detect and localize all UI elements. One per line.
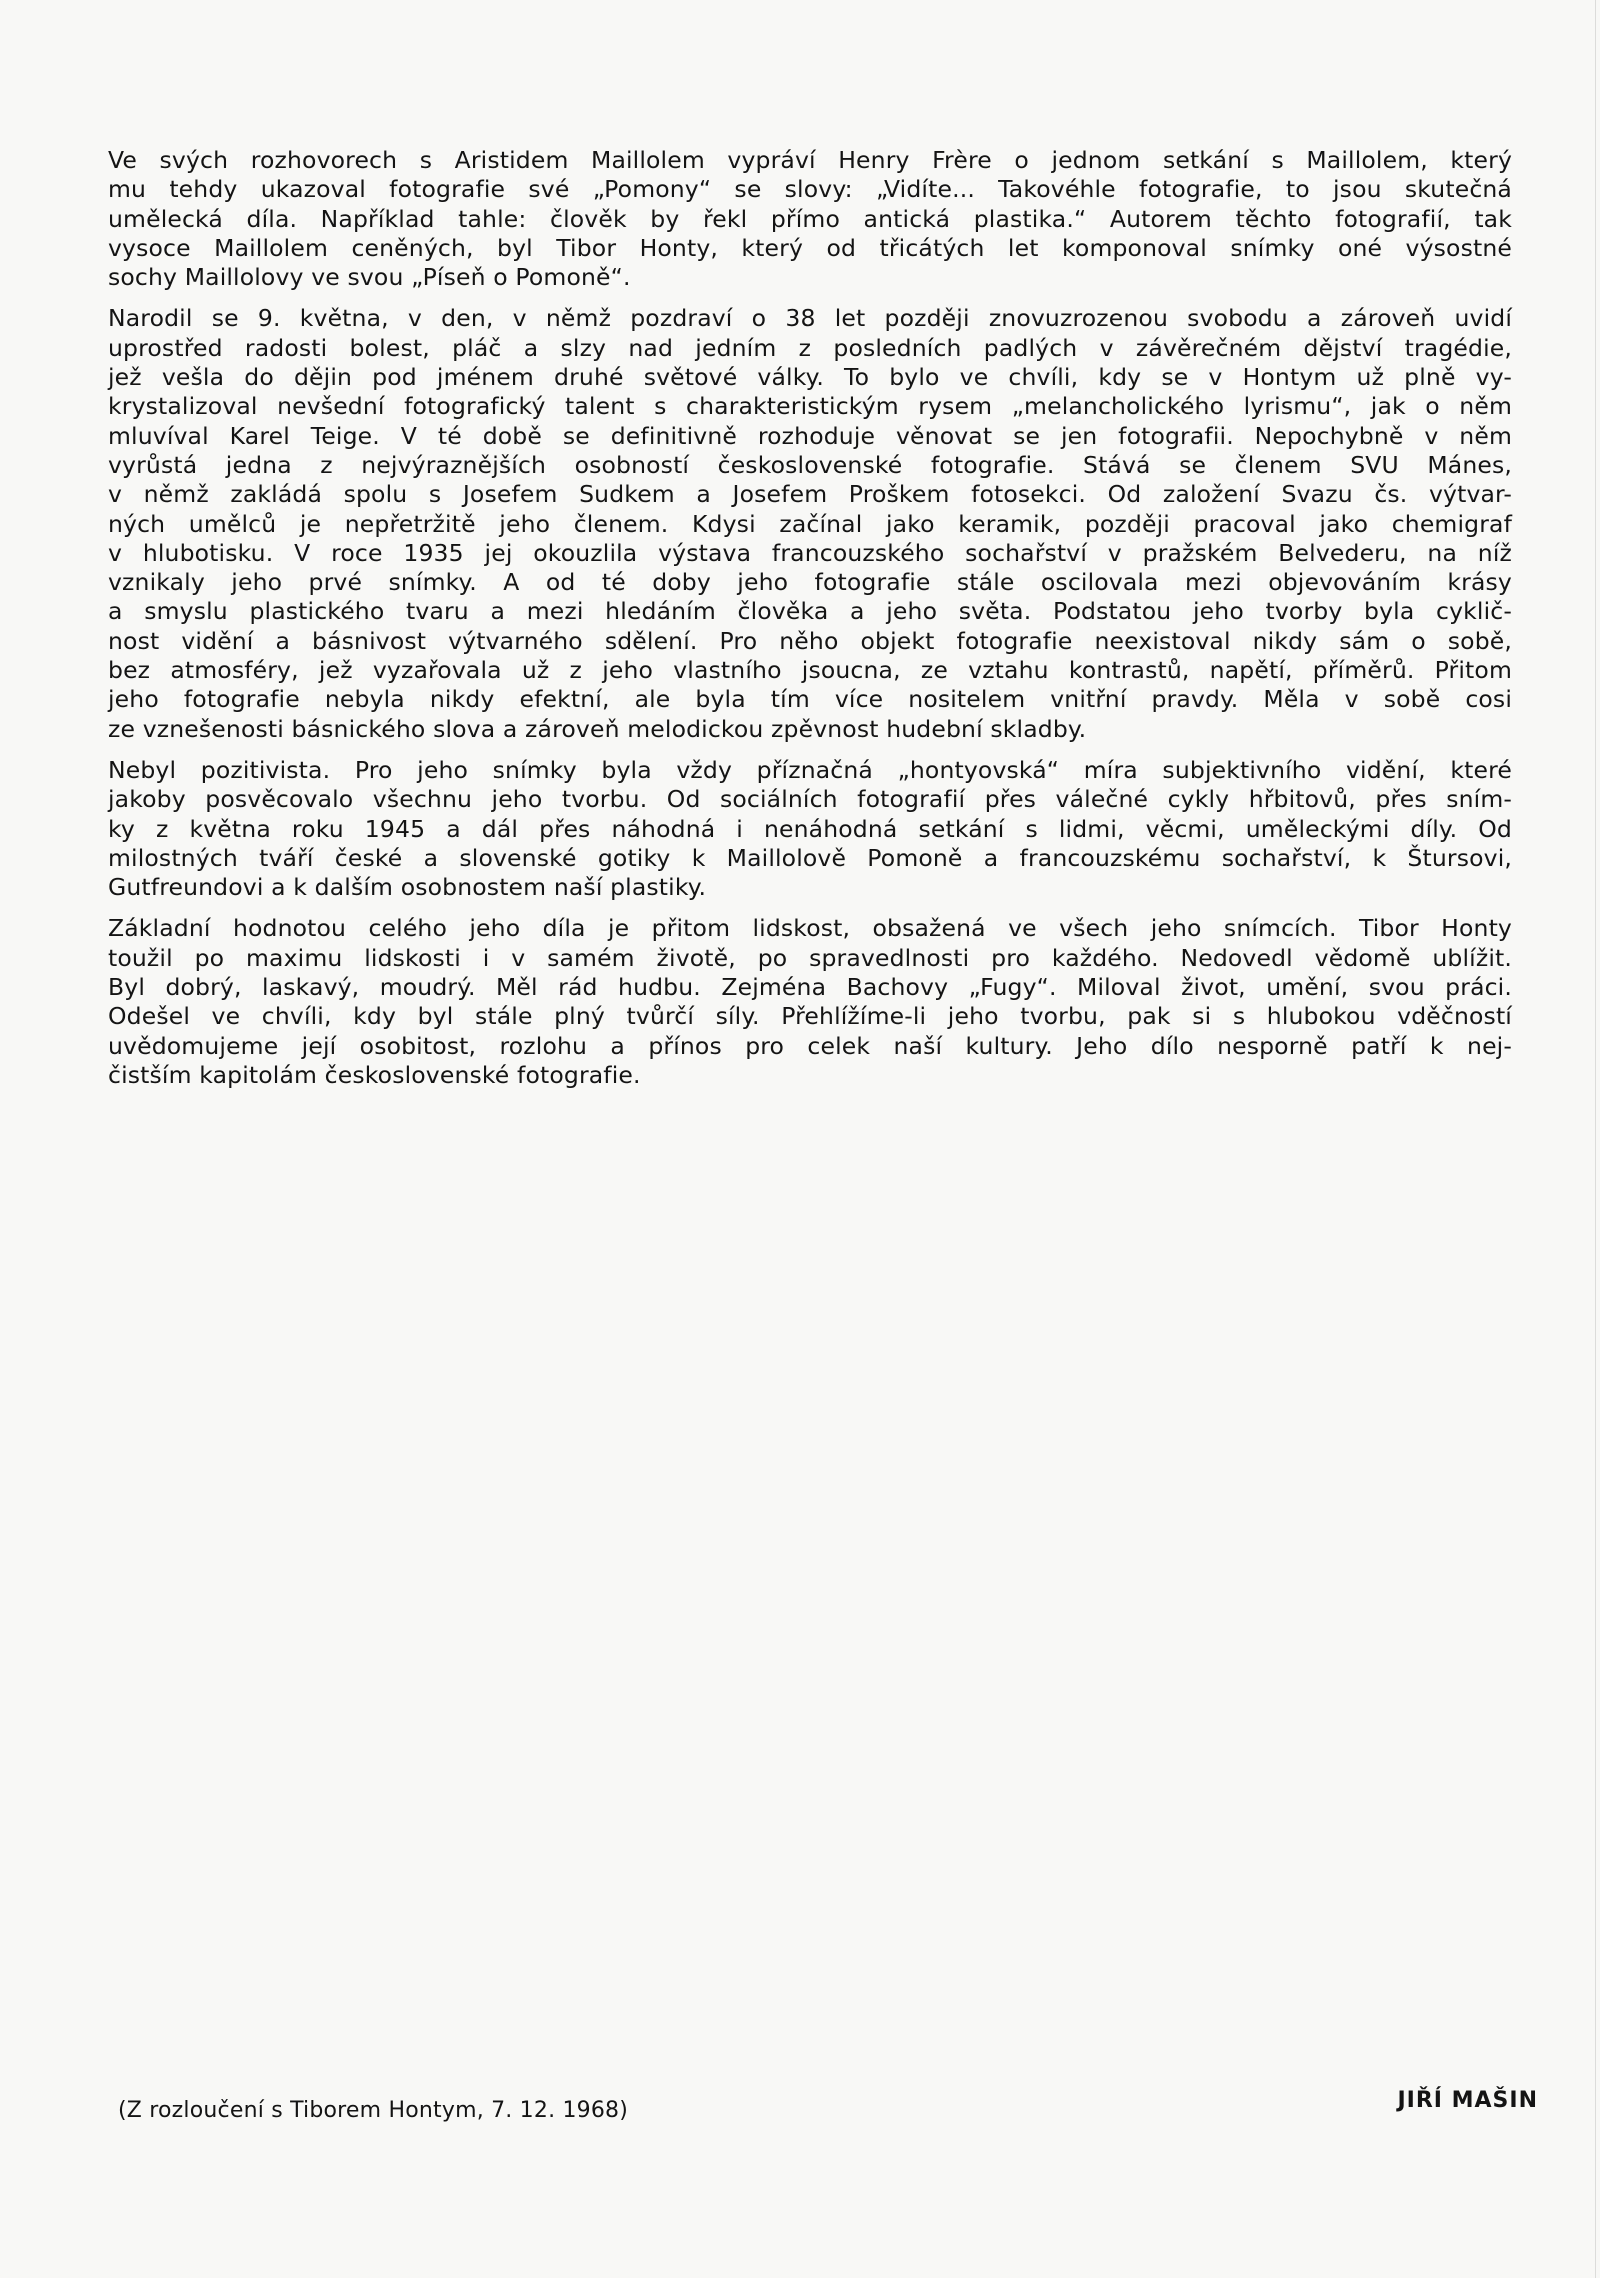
text-line: vyrůstá jedna z nejvýraznějších osobnost… xyxy=(108,451,1512,480)
text-line: jež vešla do dějin pod jménem druhé svět… xyxy=(108,363,1512,392)
text-line: jakoby posvěcovalo všechnu jeho tvorbu. … xyxy=(108,785,1512,814)
text-line: nost vidění a básnivost výtvarného sděle… xyxy=(108,627,1512,656)
text-line: milostných tváří české a slovenské gotik… xyxy=(108,844,1512,873)
source-citation: (Z rozloučení s Tiborem Hontym, 7. 12. 1… xyxy=(118,2098,628,2123)
text-line: mu tehdy ukazoval fotografie své „Pomony… xyxy=(108,175,1512,204)
text-line: v hlubotisku. V roce 1935 jej okouzlila … xyxy=(108,539,1512,568)
text-line: umělecká díla. Například tahle: člověk b… xyxy=(108,205,1512,234)
text-line: uvědomujeme její osobitost, rozlohu a př… xyxy=(108,1032,1512,1061)
author-signature: JIŘÍ MAŠIN xyxy=(1397,2088,1538,2113)
text-line: toužil po maximu lidskosti i v samém živ… xyxy=(108,944,1512,973)
text-line: uprostřed radosti bolest, pláč a slzy na… xyxy=(108,334,1512,363)
text-line: vznikaly jeho prvé snímky. A od té doby … xyxy=(108,568,1512,597)
text-line: Základní hodnotou celého jeho díla je př… xyxy=(108,914,1512,943)
paragraph-2: Narodil se 9. května, v den, v němž pozd… xyxy=(108,304,1512,743)
page-edge xyxy=(1595,0,1596,2278)
text-line: Odešel ve chvíli, kdy byl stále plný tvů… xyxy=(108,1002,1512,1031)
text-line: a smyslu plastického tvaru a mezi hledán… xyxy=(108,597,1512,626)
paragraph-1: Ve svých rozhovorech s Aristidem Maillol… xyxy=(108,146,1512,292)
footer: (Z rozloučení s Tiborem Hontym, 7. 12. 1… xyxy=(118,2098,1538,2138)
text-line: ky z května roku 1945 a dál přes náhodná… xyxy=(108,815,1512,844)
text-line: jeho fotografie nebyla nikdy efektní, al… xyxy=(108,685,1512,714)
text-line: Byl dobrý, laskavý, moudrý. Měl rád hudb… xyxy=(108,973,1512,1002)
text-line: Narodil se 9. května, v den, v němž pozd… xyxy=(108,304,1512,333)
text-line: bez atmosféry, jež vyzařovala už z jeho … xyxy=(108,656,1512,685)
text-line: vysoce Maillolem ceněných, byl Tibor Hon… xyxy=(108,234,1512,263)
text-line: krystalizoval nevšední fotografický tale… xyxy=(108,392,1512,421)
text-line: ných umělců je nepřetržitě jeho členem. … xyxy=(108,510,1512,539)
text-line: Gutfreundovi a k dalším osobnostem naší … xyxy=(108,873,1512,902)
text-line: v němž zakládá spolu s Josefem Sudkem a … xyxy=(108,480,1512,509)
text-line: sochy Maillolovy ve svou „Píseň o Pomoně… xyxy=(108,263,1512,292)
text-line: Ve svých rozhovorech s Aristidem Maillol… xyxy=(108,146,1512,175)
text-line: ze vznešenosti básnického slova a zárove… xyxy=(108,715,1512,744)
text-line: Nebyl pozitivista. Pro jeho snímky byla … xyxy=(108,756,1512,785)
article-body: Ve svých rozhovorech s Aristidem Maillol… xyxy=(108,146,1512,1102)
text-line: čistším kapitolám československé fotogra… xyxy=(108,1061,1512,1090)
paragraph-3: Nebyl pozitivista. Pro jeho snímky byla … xyxy=(108,756,1512,902)
text-line: mluvíval Karel Teige. V té době se defin… xyxy=(108,422,1512,451)
paragraph-4: Základní hodnotou celého jeho díla je př… xyxy=(108,914,1512,1090)
